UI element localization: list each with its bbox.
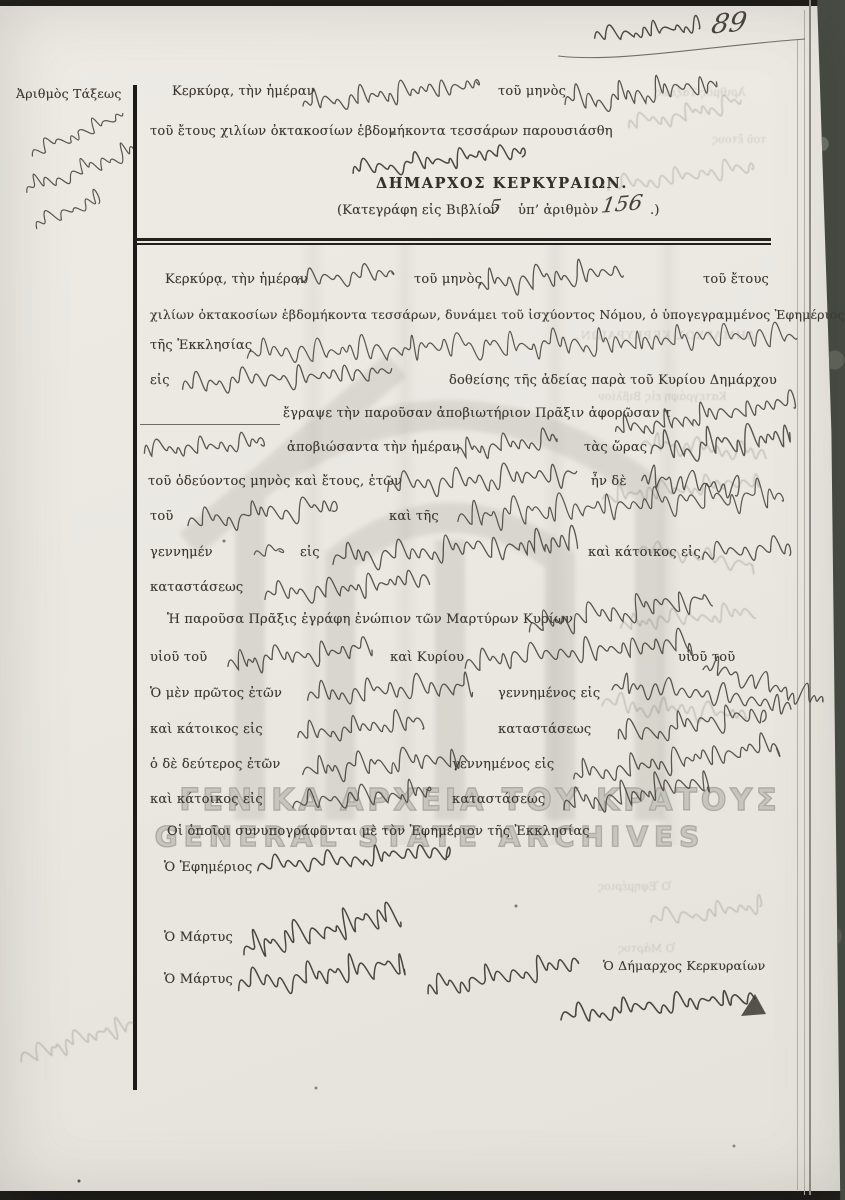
eis-label: εἰς (150, 373, 170, 388)
register-mid-label: ὑπ’ ἀριθμὸν (518, 203, 598, 218)
hw-bottom-left-bleed (13, 1004, 142, 1075)
paper-speckles (0, 0, 2, 2)
page-edge-line-3 (809, 0, 811, 1195)
bleed-of-year: τοῦ ἔτους (712, 133, 766, 146)
resident-at-label-3: καὶ κάτοικος εἰς (150, 792, 263, 807)
register-close-label: .) (650, 203, 660, 218)
bleed-mayor-title: ΔΗΜΑΡΧΟΣ ΚΕΡΚΥΡΑΙΩΝ. (575, 328, 755, 342)
bleed-witness-label: Ὁ Μάρτυς (618, 942, 675, 955)
scan-top-edge (0, 0, 845, 6)
bleed-squiggle-1 (603, 148, 757, 205)
margin-order-number-label: Ἀριθμὸς Τάξεως (16, 86, 122, 101)
permission-label: δοθείσης τῆς ἀδείας παρὰ τοῦ Κυρίου Δημά… (449, 373, 777, 388)
hw-act-month (474, 246, 628, 307)
hw-presented-day (298, 63, 481, 122)
act-place-day-label: Κερκύρᾳ, τὴν ἡμέραν (165, 272, 308, 287)
kai-tis-label: καὶ τῆς (389, 509, 439, 524)
form-double-rule-top (135, 238, 771, 241)
page-edge-line-1 (797, 40, 798, 1190)
scanned-death-act-page: ΓΕΝΙΚΑ ΑΡΧΕΙΑ ΤΟΥ ΚΡΑΤΟΥΣ GENERAL STATE … (0, 0, 845, 1200)
form-vertical-rule (133, 85, 137, 1090)
born-at-label-1: γεννημένος εἰς (498, 686, 600, 701)
hw-number-underline (558, 36, 806, 64)
hw-gender-ending (251, 539, 282, 563)
bleed-register-line: Κατεγράφη εἰς Βιβλίον (598, 390, 727, 403)
resident-at-label-2: καὶ κάτοικος εἰς (150, 722, 263, 737)
status-label-3: καταστάσεως (452, 792, 545, 807)
header-place-day-label: Κερκύρᾳ, τὴν ἡμέραν (172, 84, 315, 99)
church-label: τῆς Ἐκκλησίας (150, 338, 252, 353)
hw-act-day (294, 254, 397, 299)
page-edge-line-2 (804, 10, 805, 1195)
current-month-age-label: τοῦ ὁδεύοντος μηνὸς καὶ ἔτους, ἐτῶν (148, 474, 402, 489)
bleed-priest-label: Ὁ Ἐφημέριος (598, 880, 671, 893)
form-double-rule-bottom (135, 243, 771, 245)
act-month-label: τοῦ μηνὸς (414, 272, 482, 287)
mayor-bottom-label: Ὁ Δήμαρχος Κερκυραίων (603, 958, 765, 973)
eis2-label: εἰς (300, 545, 320, 560)
bleed-squiggle-8 (646, 887, 764, 935)
mayor-signature-flourish (740, 992, 770, 1018)
second-age-label: ὁ δὲ δεύτερος ἐτῶν (150, 757, 280, 772)
hours-label: τὰς ὥρας (584, 440, 647, 455)
son-of-label-1: υἱοῦ τοῦ (150, 650, 207, 665)
hw-book-number: 5 (487, 196, 503, 219)
tou-label: τοῦ (150, 509, 174, 524)
hw-mayor-signature-bottom (557, 976, 760, 1035)
header-month-label: τοῦ μηνὸς (498, 84, 566, 99)
witness1-label: Ὁ Μάρτυς (164, 930, 233, 945)
witnesses-intro-label: Ἡ παροῦσα Πρᾶξις ἐγράφη ἐνώπιον τῶν Μαρτ… (167, 612, 573, 627)
status-label-2: καταστάσεως (498, 722, 591, 737)
mayor-title: ΔΗΜΑΡΧΟΣ ΚΕΡΚΥΡΑΙΩΝ. (376, 175, 628, 192)
born-at-label-2: γεννημένος εἰς (452, 757, 554, 772)
gennimen-label: γεννημέν (150, 545, 213, 560)
witness2-label: Ὁ Μάρτυς (164, 972, 233, 987)
priest-label: Ὁ Ἐφημέριος (164, 860, 253, 875)
scan-bottom-edge (0, 1191, 845, 1200)
first-age-label: Ὁ μὲν πρῶτος ἐτῶν (150, 686, 282, 701)
died-day-label: ἀποβιώσαντα τὴν ἡμέραν (287, 440, 460, 455)
register-open-label: (Κατεγράφη εἰς Βιβλίον (337, 203, 499, 218)
status-label: καταστάσεως (150, 580, 243, 595)
act-of-year-label: τοῦ ἔτους (703, 272, 769, 287)
header-year-line: τοῦ ἔτους χιλίων ὀκτακοσίων ἑβδομήκοντα … (150, 124, 613, 139)
book-cover-marbled-edge (811, 0, 845, 1200)
